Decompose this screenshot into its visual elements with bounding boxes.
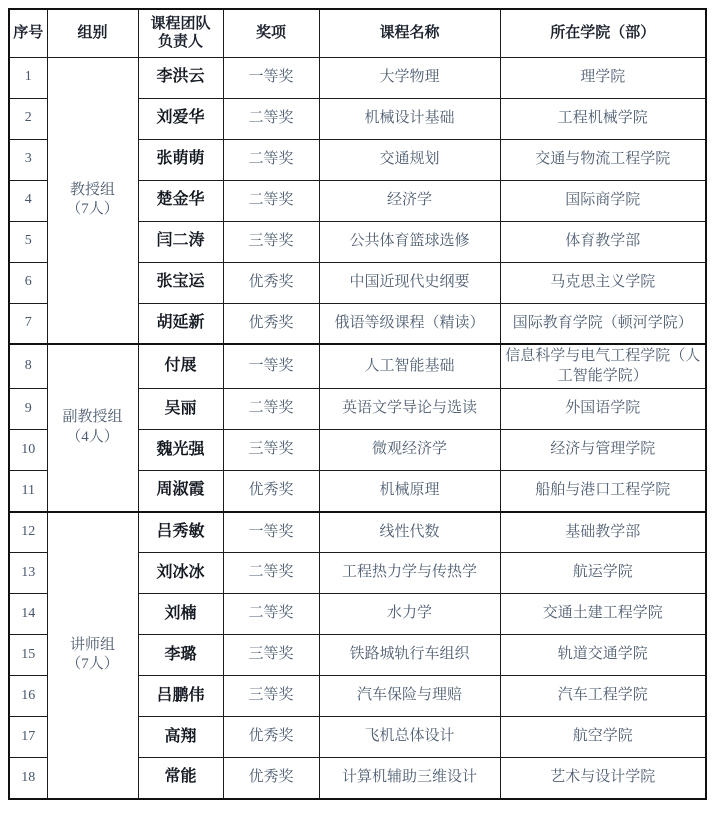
cell-award: 三等奖: [223, 430, 319, 471]
cell-award: 优秀奖: [223, 717, 319, 758]
cell-award: 二等奖: [223, 180, 319, 221]
cell-leader: 李洪云: [138, 57, 223, 98]
cell-award: 二等奖: [223, 139, 319, 180]
cell-college: 工程机械学院: [500, 98, 706, 139]
cell-award: 一等奖: [223, 512, 319, 553]
header-course: 课程名称: [319, 9, 500, 57]
cell-course: 公共体育篮球选修: [319, 221, 500, 262]
cell-no: 5: [9, 221, 47, 262]
cell-college: 航运学院: [500, 553, 706, 594]
header-group: 组别: [47, 9, 138, 57]
cell-course: 英语文学导论与选读: [319, 389, 500, 430]
cell-course: 飞机总体设计: [319, 717, 500, 758]
group-cell-lecturer: 讲师组 （7人）: [47, 512, 138, 799]
cell-course: 水力学: [319, 594, 500, 635]
cell-course: 人工智能基础: [319, 344, 500, 389]
cell-college: 体育教学部: [500, 221, 706, 262]
cell-no: 12: [9, 512, 47, 553]
cell-leader: 高翔: [138, 717, 223, 758]
group-cell-associate-professor: 副教授组 （4人）: [47, 344, 138, 512]
cell-course: 俄语等级课程（精读）: [319, 303, 500, 344]
cell-college: 马克思主义学院: [500, 262, 706, 303]
cell-award: 优秀奖: [223, 303, 319, 344]
cell-no: 17: [9, 717, 47, 758]
cell-no: 6: [9, 262, 47, 303]
cell-course: 机械设计基础: [319, 98, 500, 139]
cell-no: 9: [9, 389, 47, 430]
cell-no: 14: [9, 594, 47, 635]
cell-no: 4: [9, 180, 47, 221]
cell-award: 一等奖: [223, 57, 319, 98]
cell-award: 二等奖: [223, 594, 319, 635]
table-row: 1 教授组 （7人） 李洪云 一等奖 大学物理 理学院: [9, 57, 706, 98]
group-cell-professor: 教授组 （7人）: [47, 57, 138, 344]
cell-leader: 胡延新: [138, 303, 223, 344]
cell-no: 10: [9, 430, 47, 471]
cell-leader: 楚金华: [138, 180, 223, 221]
header-leader: 课程团队 负责人: [138, 9, 223, 57]
cell-college: 交通土建工程学院: [500, 594, 706, 635]
group-name: 讲师组: [51, 636, 135, 656]
table-row: 12 讲师组 （7人） 吕秀敏 一等奖 线性代数 基础教学部: [9, 512, 706, 553]
cell-college: 轨道交通学院: [500, 635, 706, 676]
cell-course: 机械原理: [319, 471, 500, 512]
cell-leader: 刘冰冰: [138, 553, 223, 594]
course-award-table: 序号 组别 课程团队 负责人 奖项 课程名称 所在学院（部） 1 教授组 （7人…: [8, 8, 707, 800]
cell-course: 微观经济学: [319, 430, 500, 471]
cell-leader: 刘楠: [138, 594, 223, 635]
cell-no: 18: [9, 758, 47, 799]
cell-no: 3: [9, 139, 47, 180]
cell-no: 2: [9, 98, 47, 139]
cell-college: 汽车工程学院: [500, 676, 706, 717]
cell-leader: 刘爱华: [138, 98, 223, 139]
header-award: 奖项: [223, 9, 319, 57]
cell-leader: 张萌萌: [138, 139, 223, 180]
cell-leader: 付展: [138, 344, 223, 389]
cell-college: 国际商学院: [500, 180, 706, 221]
group-count: （4人）: [51, 428, 135, 448]
cell-college: 信息科学与电气工程学院（人工智能学院）: [500, 344, 706, 389]
cell-college: 国际教育学院（顿河学院）: [500, 303, 706, 344]
header-college: 所在学院（部）: [500, 9, 706, 57]
cell-award: 二等奖: [223, 98, 319, 139]
cell-course: 中国近现代史纲要: [319, 262, 500, 303]
table-header-row: 序号 组别 课程团队 负责人 奖项 课程名称 所在学院（部）: [9, 9, 706, 57]
cell-college: 交通与物流工程学院: [500, 139, 706, 180]
cell-no: 7: [9, 303, 47, 344]
cell-leader: 吕秀敏: [138, 512, 223, 553]
cell-leader: 李璐: [138, 635, 223, 676]
cell-course: 铁路城轨行车组织: [319, 635, 500, 676]
cell-award: 优秀奖: [223, 758, 319, 799]
cell-course: 计算机辅助三维设计: [319, 758, 500, 799]
cell-no: 16: [9, 676, 47, 717]
group-count: （7人）: [51, 655, 135, 675]
cell-no: 15: [9, 635, 47, 676]
cell-course: 经济学: [319, 180, 500, 221]
cell-college: 理学院: [500, 57, 706, 98]
cell-college: 航空学院: [500, 717, 706, 758]
header-leader-line2: 负责人: [142, 33, 220, 52]
cell-no: 11: [9, 471, 47, 512]
cell-award: 二等奖: [223, 553, 319, 594]
cell-award: 三等奖: [223, 676, 319, 717]
cell-award: 优秀奖: [223, 262, 319, 303]
header-leader-line1: 课程团队: [142, 15, 220, 34]
table-row: 8 副教授组 （4人） 付展 一等奖 人工智能基础 信息科学与电气工程学院（人工…: [9, 344, 706, 389]
cell-college: 外国语学院: [500, 389, 706, 430]
cell-course: 交通规划: [319, 139, 500, 180]
cell-award: 一等奖: [223, 344, 319, 389]
cell-award: 三等奖: [223, 635, 319, 676]
cell-course: 线性代数: [319, 512, 500, 553]
cell-college: 经济与管理学院: [500, 430, 706, 471]
cell-no: 8: [9, 344, 47, 389]
cell-award: 优秀奖: [223, 471, 319, 512]
cell-leader: 魏光强: [138, 430, 223, 471]
cell-course: 大学物理: [319, 57, 500, 98]
cell-leader: 吴丽: [138, 389, 223, 430]
cell-leader: 张宝运: [138, 262, 223, 303]
cell-no: 1: [9, 57, 47, 98]
cell-no: 13: [9, 553, 47, 594]
cell-leader: 吕鹏伟: [138, 676, 223, 717]
cell-college: 艺术与设计学院: [500, 758, 706, 799]
cell-college: 船舶与港口工程学院: [500, 471, 706, 512]
group-count: （7人）: [51, 200, 135, 220]
cell-leader: 常能: [138, 758, 223, 799]
cell-leader: 周淑霞: [138, 471, 223, 512]
group-name: 教授组: [51, 181, 135, 201]
cell-course: 工程热力学与传热学: [319, 553, 500, 594]
cell-college: 基础教学部: [500, 512, 706, 553]
cell-award: 三等奖: [223, 221, 319, 262]
group-name: 副教授组: [51, 408, 135, 428]
header-no: 序号: [9, 9, 47, 57]
cell-course: 汽车保险与理赔: [319, 676, 500, 717]
cell-award: 二等奖: [223, 389, 319, 430]
cell-leader: 闫二涛: [138, 221, 223, 262]
